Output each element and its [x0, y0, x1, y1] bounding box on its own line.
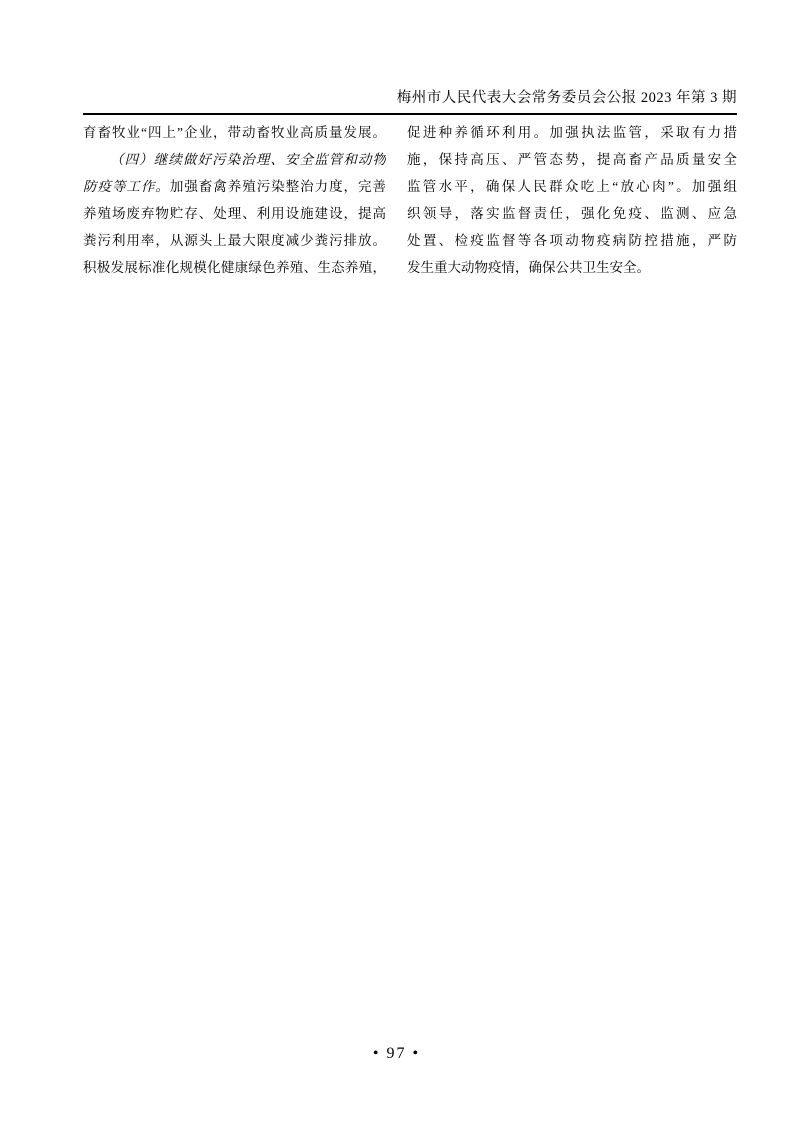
- text-line-subheading: （四）继续做好污染治理、安全监管和动物: [83, 146, 386, 173]
- right-column: 促进种养循环利用。加强执法监管，采取有力措 施，保持高压、严管态势，提高畜产品质…: [407, 119, 737, 281]
- text-segment: 处置、检疫监督等各项动物疫病防控措施，严防: [407, 233, 737, 248]
- left-column: 育畜牧业“四上”企业，带动畜牧业高质量发展。 （四）继续做好污染治理、安全监管和…: [83, 119, 386, 281]
- text-segment: 施，保持高压、严管态势，提高畜产品质量安全: [407, 152, 737, 167]
- text-line: 积极发展标准化规模化健康绿色养殖、生态养殖，: [83, 254, 386, 281]
- running-header: 梅州市人民代表大会常务委员会公报 2023 年第 3 期: [83, 89, 737, 108]
- text-line: 监管水平，确保人民群众吃上“放心肉”。加强组: [407, 173, 737, 200]
- text-segment: 养殖场废弃物贮存、处理、利用设施建设，提高: [83, 206, 386, 221]
- header-rule-divider: [83, 113, 737, 115]
- text-line: 养殖场废弃物贮存、处理、利用设施建设，提高: [83, 200, 386, 227]
- text-line: 粪污利用率，从源头上最大限度减少粪污排放。: [83, 227, 386, 254]
- text-segment: （四）继续做好污染治理、安全监管和动物: [110, 152, 386, 167]
- text-segment: 发生重大动物疫情，确保公共卫生安全。: [407, 260, 650, 275]
- page-footer: • 97 •: [0, 1044, 793, 1064]
- text-line: 防疫等工作。加强畜禽养殖污染整治力度，完善: [83, 173, 386, 200]
- text-line: 育畜牧业“四上”企业，带动畜牧业高质量发展。: [83, 119, 386, 146]
- text-segment: 加强畜禽养殖污染整治力度，完善: [170, 179, 386, 194]
- text-line: 发生重大动物疫情，确保公共卫生安全。: [407, 254, 737, 281]
- header-title: 梅州市人民代表大会常务委员会公报 2023 年第 3 期: [397, 90, 737, 106]
- text-segment: 防疫等工作。: [83, 179, 170, 194]
- text-line: 促进种养循环利用。加强执法监管，采取有力措: [407, 119, 737, 146]
- page-number: • 97 •: [373, 1045, 420, 1062]
- text-segment: 监管水平，确保人民群众吃上“放心肉”。加强组: [407, 179, 737, 194]
- text-segment: 促进种养循环利用。加强执法监管，采取有力措: [407, 125, 737, 140]
- text-segment: 育畜牧业“四上”企业，带动畜牧业高质量发展。: [83, 125, 386, 140]
- text-line: 织领导，落实监督责任，强化免疫、监测、应急: [407, 200, 737, 227]
- text-segment: 积极发展标准化规模化健康绿色养殖、生态养殖，: [83, 260, 386, 275]
- text-segment: 粪污利用率，从源头上最大限度减少粪污排放。: [83, 233, 386, 248]
- document-page: 梅州市人民代表大会常务委员会公报 2023 年第 3 期 育畜牧业“四上”企业，…: [0, 0, 793, 1122]
- text-segment: 织领导，落实监督责任，强化免疫、监测、应急: [407, 206, 737, 221]
- content-columns: 育畜牧业“四上”企业，带动畜牧业高质量发展。 （四）继续做好污染治理、安全监管和…: [83, 119, 737, 281]
- text-line: 处置、检疫监督等各项动物疫病防控措施，严防: [407, 227, 737, 254]
- text-line: 施，保持高压、严管态势，提高畜产品质量安全: [407, 146, 737, 173]
